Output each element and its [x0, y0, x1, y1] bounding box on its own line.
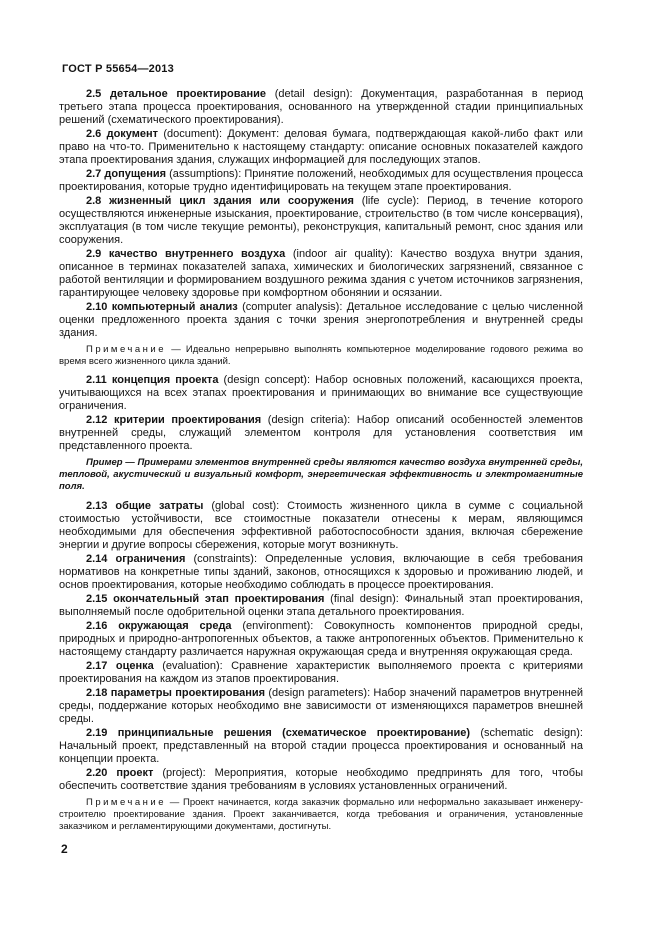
term-title: 2.15 окончательный этап проектирования	[86, 593, 324, 605]
term-paragraph: 2.5 детальное проектирование (detail des…	[59, 88, 583, 127]
term-title: 2.9 качество внутреннего воздуха	[86, 248, 285, 260]
content-column: 2.5 детальное проектирование (detail des…	[59, 88, 583, 839]
term-title: 2.19 принципиальные решения (схематическ…	[86, 727, 470, 739]
note-label: Примечание	[86, 797, 166, 808]
note-paragraph: Примечание — Идеально непрерывно выполня…	[59, 344, 583, 368]
term-title: 2.18 параметры проектирования	[86, 687, 265, 699]
term-title: 2.14 ограничения	[86, 553, 185, 565]
term-paragraph: 2.11 концепция проекта (design concept):…	[59, 374, 583, 413]
term-paragraph: 2.16 окружающая среда (environment): Сов…	[59, 620, 583, 659]
term-paragraph: 2.9 качество внутреннего воздуха (indoor…	[59, 248, 583, 300]
term-title: 2.17 оценка	[86, 660, 154, 672]
term-paragraph: 2.6 документ (document): Документ: делов…	[59, 128, 583, 167]
document-code-header: ГОСТ Р 55654—2013	[62, 63, 174, 75]
term-title: 2.16 окружающая среда	[86, 620, 232, 632]
term-title: 2.13 общие затраты	[86, 500, 203, 512]
term-title: 2.5 детальное проектирование	[86, 88, 266, 100]
term-paragraph: 2.10 компьютерный анализ (computer analy…	[59, 301, 583, 340]
example-paragraph: Пример — Примерами элементов внутренней …	[59, 457, 583, 493]
term-paragraph: 2.12 критерии проектирования (design cri…	[59, 414, 583, 453]
term-title: 2.7 допущения	[86, 168, 166, 180]
example-text: Пример — Примерами элементов внутренней …	[59, 457, 583, 492]
term-title: 2.12 критерии проектирования	[86, 414, 261, 426]
term-paragraph: 2.20 проект (project): Мероприятия, кото…	[59, 767, 583, 793]
note-paragraph: Примечание — Проект начинается, когда за…	[59, 797, 583, 833]
term-paragraph: 2.17 оценка (evaluation): Сравнение хара…	[59, 660, 583, 686]
term-paragraph: 2.18 параметры проектирования (design pa…	[59, 687, 583, 726]
term-title: 2.10 компьютерный анализ	[86, 301, 238, 313]
term-title: 2.8 жизненный цикл здания или сооружения	[86, 195, 354, 207]
page-number: 2	[61, 842, 68, 856]
term-paragraph: 2.7 допущения (assumptions): Принятие по…	[59, 168, 583, 194]
term-paragraph: 2.13 общие затраты (global cost): Стоимо…	[59, 500, 583, 552]
term-paragraph: 2.14 ограничения (constraints): Определе…	[59, 553, 583, 592]
term-paragraph: 2.8 жизненный цикл здания или сооружения…	[59, 195, 583, 247]
term-paragraph: 2.15 окончательный этап проектирования (…	[59, 593, 583, 619]
term-title: 2.6 документ	[86, 128, 158, 140]
term-title: 2.20 проект	[86, 767, 153, 779]
term-title: 2.11 концепция проекта	[86, 374, 218, 386]
term-paragraph: 2.19 принципиальные решения (схематическ…	[59, 727, 583, 766]
note-label: Примечание	[86, 344, 166, 355]
